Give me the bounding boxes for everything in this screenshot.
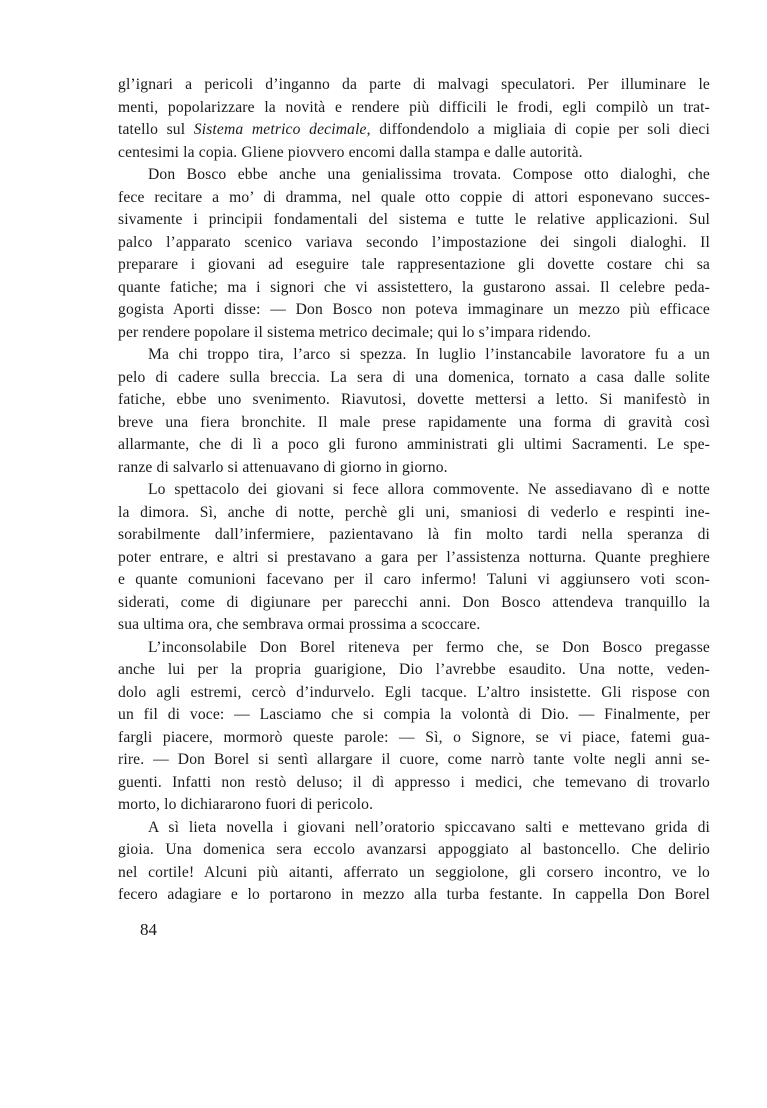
paragraph-3: Ma chi troppo tira, l’arco si spezza. In… <box>118 344 710 479</box>
text-line: A sì lieta novella i giovani nell’orator… <box>118 817 710 840</box>
text-line: fecero adagiare e lo portarono in mezzo … <box>118 884 710 907</box>
text-line: poter entrare, e altri si prestavano a g… <box>118 547 710 570</box>
text-line: sua ultima ora, che sembrava ormai pross… <box>118 614 710 637</box>
text-line: anche lui per la propria guarigione, Dio… <box>118 659 710 682</box>
text-line: morto, lo dichiararono fuori di pericolo… <box>118 794 710 817</box>
text-line: quante fatiche; ma i signori che vi assi… <box>118 277 710 300</box>
text-line: Ma chi troppo tira, l’arco si spezza. In… <box>118 344 710 367</box>
page-body: gl’ignari a pericoli d’inganno da parte … <box>118 74 710 907</box>
paragraph-1: gl’ignari a pericoli d’inganno da parte … <box>118 74 710 164</box>
paragraph-6: A sì lieta novella i giovani nell’orator… <box>118 817 710 907</box>
text-line: la dimora. Sì, anche di notte, perchè gl… <box>118 502 710 525</box>
text-line: preparare i giovani ad eseguire tale rap… <box>118 254 710 277</box>
text-line: sivamente i principii fondamentali del s… <box>118 209 710 232</box>
paragraph-2: Don Bosco ebbe anche una genialissima tr… <box>118 164 710 344</box>
paragraph-4: Lo spettacolo dei giovani si fece allora… <box>118 479 710 637</box>
text-line: fatiche, ebbe uno svenimento. Riavutosi,… <box>118 389 710 412</box>
text-line: nel cortile! Alcuni più aitanti, afferra… <box>118 862 710 885</box>
text-line: tatello sul Sistema metrico decimale, di… <box>118 119 710 142</box>
text-line: ranze di salvarlo si attenuavano di gior… <box>118 457 710 480</box>
text-line: menti, popolarizzare la novità e rendere… <box>118 97 710 120</box>
text-line: e quante comunioni facevano per il caro … <box>118 569 710 592</box>
text-line: fece recitare a mo’ di dramma, nel quale… <box>118 187 710 210</box>
text-line: gioia. Una domenica sera eccolo avanzars… <box>118 839 710 862</box>
text-line: rire. — Don Borel si sentì allargare il … <box>118 749 710 772</box>
paragraph-5: L’inconsolabile Don Borel riteneva per f… <box>118 637 710 817</box>
text-run: , diffondendolo a migliaia di copie per … <box>367 121 710 138</box>
page-number: 84 <box>140 920 157 940</box>
text-line: guenti. Infatti non restò deluso; il dì … <box>118 772 710 795</box>
text-line: gl’ignari a pericoli d’inganno da parte … <box>118 74 710 97</box>
text-line: siderati, come di digiunare per parecchi… <box>118 592 710 615</box>
text-run: tatello sul <box>118 121 194 138</box>
text-line: Lo spettacolo dei giovani si fece allora… <box>118 479 710 502</box>
text-line: fargli piacere, mormorò queste parole: —… <box>118 727 710 750</box>
text-line: gogista Aporti disse: — Don Bosco non po… <box>118 299 710 322</box>
text-line: allarmante, che di lì a poco gli furono … <box>118 434 710 457</box>
text-line: un fil di voce: — Lasciamo che si compia… <box>118 704 710 727</box>
text-line: sorabilmente dall’infermiere, pazientava… <box>118 524 710 547</box>
text-line: pelo di cadere sulla breccia. La sera di… <box>118 367 710 390</box>
book-title-italic: Sistema metrico decimale <box>194 121 367 138</box>
text-line: palco l’apparato scenico variava secondo… <box>118 232 710 255</box>
text-line: Don Bosco ebbe anche una genialissima tr… <box>118 164 710 187</box>
text-line: breve una fiera bronchite. Il male prese… <box>118 412 710 435</box>
text-line: dolo agli estremi, cercò d’indurvelo. Eg… <box>118 682 710 705</box>
text-line: per rendere popolare il sistema metrico … <box>118 322 710 345</box>
text-line: centesimi la copia. Gliene piovvero enco… <box>118 142 710 165</box>
text-line: L’inconsolabile Don Borel riteneva per f… <box>118 637 710 660</box>
